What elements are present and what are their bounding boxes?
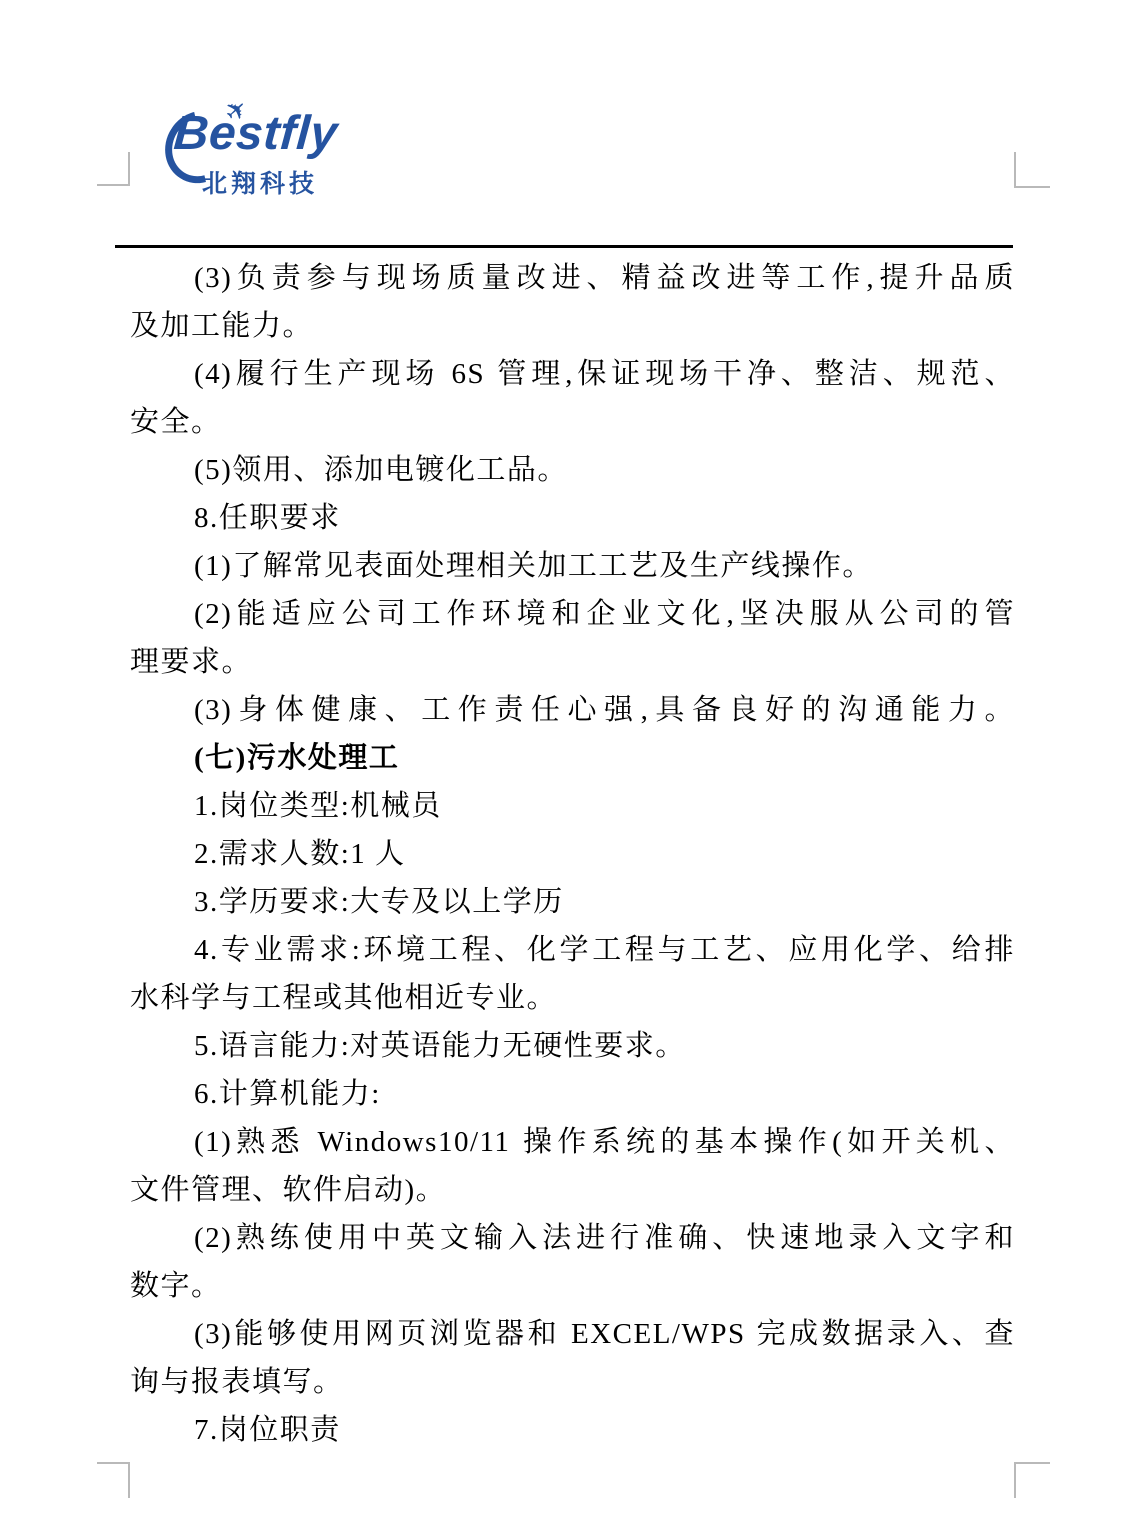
text-line: (3)负责参与现场质量改进、精益改进等工作,提升品质 xyxy=(130,254,1015,302)
company-logo: ✈ Bestfly 北翔科技 xyxy=(168,100,388,200)
text-line: (2)熟练使用中英文输入法进行准确、快速地录入文字和 xyxy=(130,1214,1015,1262)
text-line: 1.岗位类型:机械员 xyxy=(130,782,1015,830)
text-line: 4.专业需求:环境工程、化学工程与工艺、应用化学、给排 xyxy=(130,926,1015,974)
text-line: (3)身体健康、工作责任心强,具备良好的沟通能力。 xyxy=(130,686,1015,734)
text-line: 6.计算机能力: xyxy=(130,1070,1015,1118)
text-line: 询与报表填写。 xyxy=(130,1358,1015,1406)
text-line: 理要求。 xyxy=(130,638,1015,686)
logo-brand-text: Bestfly xyxy=(172,106,339,161)
crop-mark-bottom-left xyxy=(97,1462,130,1464)
logo-subtitle-text: 北翔科技 xyxy=(202,164,318,200)
crop-mark-top-right xyxy=(1014,152,1016,188)
header-separator-rule xyxy=(115,245,1013,248)
text-line: (3)能够使用网页浏览器和 EXCEL/WPS 完成数据录入、查 xyxy=(130,1310,1015,1358)
text-line: (2)能适应公司工作环境和企业文化,坚决服从公司的管 xyxy=(130,590,1015,638)
text-line: 文件管理、软件启动)。 xyxy=(130,1166,1015,1214)
text-line: 数字。 xyxy=(130,1262,1015,1310)
crop-mark-bottom-left xyxy=(128,1462,130,1498)
text-line: 2.需求人数:1 人 xyxy=(130,830,1015,878)
crop-mark-bottom-right xyxy=(1014,1462,1016,1498)
text-line: (七)污水处理工 xyxy=(130,734,1015,782)
crop-mark-top-left xyxy=(128,152,130,186)
crop-mark-top-left xyxy=(97,184,130,186)
text-line: 及加工能力。 xyxy=(130,302,1015,350)
text-line: (1)了解常见表面处理相关加工工艺及生产线操作。 xyxy=(130,542,1015,590)
text-line: 安全。 xyxy=(130,398,1015,446)
text-line: 5.语言能力:对英语能力无硬性要求。 xyxy=(130,1022,1015,1070)
text-line: 水科学与工程或其他相近专业。 xyxy=(130,974,1015,1022)
document-body: (3)负责参与现场质量改进、精益改进等工作,提升品质及加工能力。(4)履行生产现… xyxy=(130,254,1015,1454)
text-line: 7.岗位职责 xyxy=(130,1406,1015,1454)
crop-mark-bottom-right xyxy=(1014,1462,1050,1464)
crop-mark-top-right xyxy=(1014,186,1050,188)
text-line: 3.学历要求:大专及以上学历 xyxy=(130,878,1015,926)
text-line: (5)领用、添加电镀化工品。 xyxy=(130,446,1015,494)
document-page: ✈ Bestfly 北翔科技 (3)负责参与现场质量改进、精益改进等工作,提升品… xyxy=(0,0,1136,1540)
text-line: (4)履行生产现场 6S 管理,保证现场干净、整洁、规范、 xyxy=(130,350,1015,398)
text-line: (1)熟悉 Windows10/11 操作系统的基本操作(如开关机、 xyxy=(130,1118,1015,1166)
text-line: 8.任职要求 xyxy=(130,494,1015,542)
